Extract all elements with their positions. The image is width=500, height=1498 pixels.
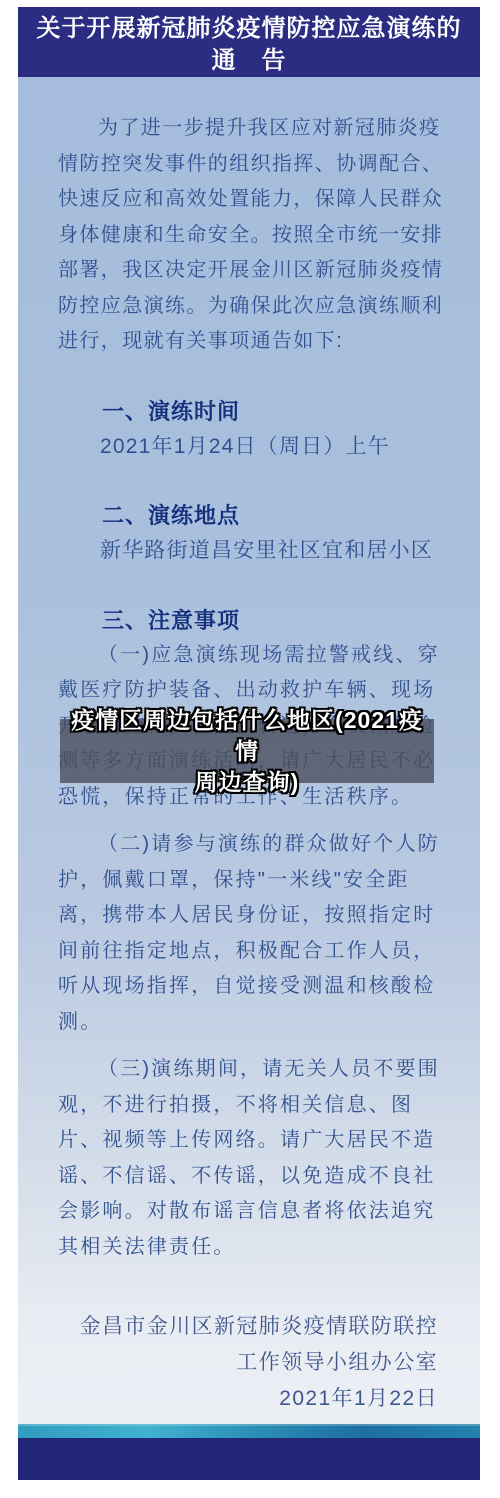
intro-paragraph: 为了进一步提升我区应对新冠肺炎疫 情防控突发事件的组织指挥、协调配合、 快速反应… [58,111,446,360]
watermark-line2: 周边查询) [195,767,300,798]
watermark-overlay: 疫情区周边包括什么地区(2021疫情 周边查询) [60,719,434,783]
bottom-cyan-stripe [18,1424,480,1438]
bottom-navy-band [18,1438,480,1480]
notice-item-2: （二)请参与演练的群众做好个人防 护，佩戴口罩，保持"一米线"安全距 离，携带本… [58,827,446,1040]
section-2-heading: 二、演练地点 [58,498,446,533]
section-3-heading: 三、注意事项 [58,603,446,638]
notice-title-line1: 关于开展新冠肺炎疫情防控应急演练的 [18,13,480,45]
section-1-heading: 一、演练时间 [58,394,446,429]
notice-item-3: （三)演练期间，请无关人员不要围 观，不进行拍摄，不将相关信息、图 片、视频等上… [58,1052,446,1265]
notice-poster: 关于开展新冠肺炎疫情防控应急演练的 通 告 为了进一步提升我区应对新冠肺炎疫 情… [0,0,500,1498]
section-1-content: 2021年1月24日（周日）上午 [58,429,446,465]
notice-title-line2: 通 告 [18,45,480,77]
signature-block: 金昌市金川区新冠肺炎疫情联防联控 工作领导小组办公室 2021年1月22日 [58,1309,438,1417]
watermark-line1: 疫情区周边包括什么地区(2021疫情 [60,705,434,767]
section-2-content: 新华路街道昌安里社区宜和居小区 [58,533,446,569]
notice-header: 关于开展新冠肺炎疫情防控应急演练的 通 告 [18,7,480,77]
